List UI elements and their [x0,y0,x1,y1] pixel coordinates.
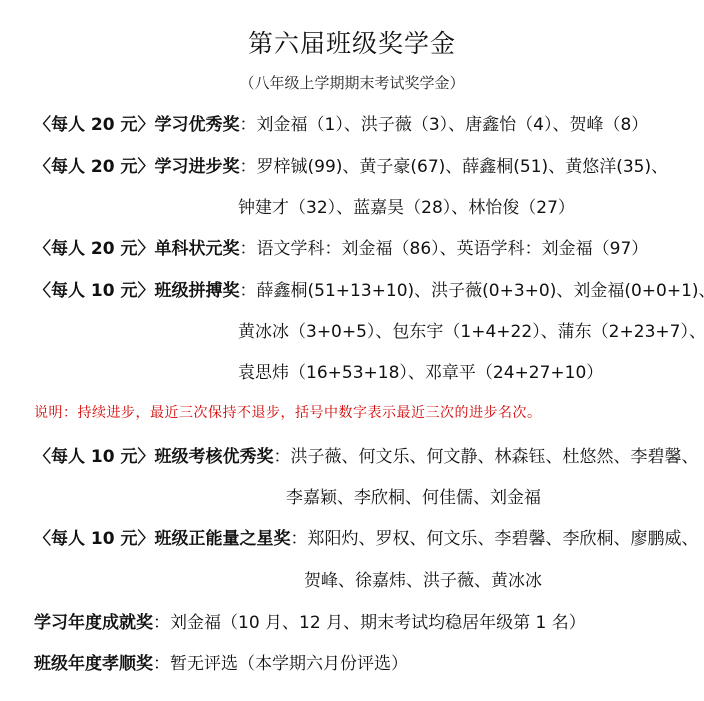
award-filial-piety: 班级年度孝顺奖：暂无评选（本学期六月份评选） [34,652,408,676]
award-label: 〈每人 10 元〉班级正能量之星奖 [34,529,291,549]
page-subtitle: （八年级上学期期末考试奖学金） [0,72,704,93]
award-label: 班级年度孝顺奖 [34,654,153,674]
separator: ： [240,115,257,135]
explanation-note: 说明：持续进步，最近三次保持不退步，括号中数字表示最近三次的进步名次。 [34,402,542,422]
award-label: 〈每人 20 元〉学习进步奖 [34,157,240,177]
award-recipients: 郑阳灼、罗权、何文乐、李碧馨、李欣桐、廖鹏威、 [308,529,699,549]
award-class-assessment: 〈每人 10 元〉班级考核优秀奖：洪子薇、何文乐、何文静、林森钰、杜悠然、李碧馨… [34,445,699,469]
award-class-striving: 〈每人 10 元〉班级拼搏奖：薛鑫桐(51+13+10)、洪子薇(0+3+0)、… [34,279,704,303]
award-recipients-continued: 袁思炜（16+53+18）、邓章平（24+27+10） [238,361,603,385]
award-recipients: 罗梓铖(99)、黄子豪(67)、薛鑫桐(51)、黄悠洋(35)、 [257,157,669,177]
award-recipients-continued: 李嘉颖、李欣桐、何佳儒、刘金福 [286,486,541,510]
award-positive-energy-star: 〈每人 10 元〉班级正能量之星奖：郑阳灼、罗权、何文乐、李碧馨、李欣桐、廖鹏威… [34,527,699,551]
award-recipients: 语文学科：刘金福（86）、英语学科：刘金福（97） [257,239,649,259]
separator: ： [240,239,257,259]
separator: ： [240,157,257,177]
award-recipients-continued: 黄冰冰（3+0+5）、包东宇（1+4+22）、蒲东（2+23+7）、 [238,320,704,344]
separator: ： [153,613,170,633]
award-annual-achievement: 学习年度成就奖：刘金福（10 月、12 月、期末考试均稳居年级第 1 名） [34,611,586,635]
award-label: 学习年度成就奖 [34,613,153,633]
award-recipients: 薛鑫桐(51+13+10)、洪子薇(0+3+0)、刘金福(0+0+1)、 [257,281,704,301]
separator: ： [291,529,308,549]
award-recipients-continued: 贺峰、徐嘉炜、洪子薇、黄冰冰 [304,569,542,593]
separator: ： [240,281,257,301]
award-recipients: 刘金福（10 月、12 月、期末考试均稳居年级第 1 名） [170,613,586,633]
award-label: 〈每人 10 元〉班级拼搏奖 [34,281,240,301]
page-title: 第六届班级奖学金 [0,24,704,60]
separator: ： [153,654,170,674]
award-study-progress: 〈每人 20 元〉学习进步奖：罗梓铖(99)、黄子豪(67)、薛鑫桐(51)、黄… [34,155,668,179]
award-subject-top: 〈每人 20 元〉单科状元奖：语文学科：刘金福（86）、英语学科：刘金福（97） [34,237,648,261]
award-study-excellence: 〈每人 20 元〉学习优秀奖：刘金福（1）、洪子薇（3）、唐鑫怡（4）、贺峰（8… [34,113,648,137]
award-recipients: 刘金福（1）、洪子薇（3）、唐鑫怡（4）、贺峰（8） [257,115,649,135]
award-label: 〈每人 20 元〉单科状元奖 [34,239,240,259]
award-label: 〈每人 20 元〉学习优秀奖 [34,115,240,135]
separator: ： [274,447,291,467]
award-recipients-continued: 钟建才（32）、蓝嘉昊（28）、林怡俊（27） [238,196,575,220]
award-recipients: 暂无评选（本学期六月份评选） [170,654,408,674]
award-label: 〈每人 10 元〉班级考核优秀奖 [34,447,274,467]
award-recipients: 洪子薇、何文乐、何文静、林森钰、杜悠然、李碧馨、 [291,447,699,467]
